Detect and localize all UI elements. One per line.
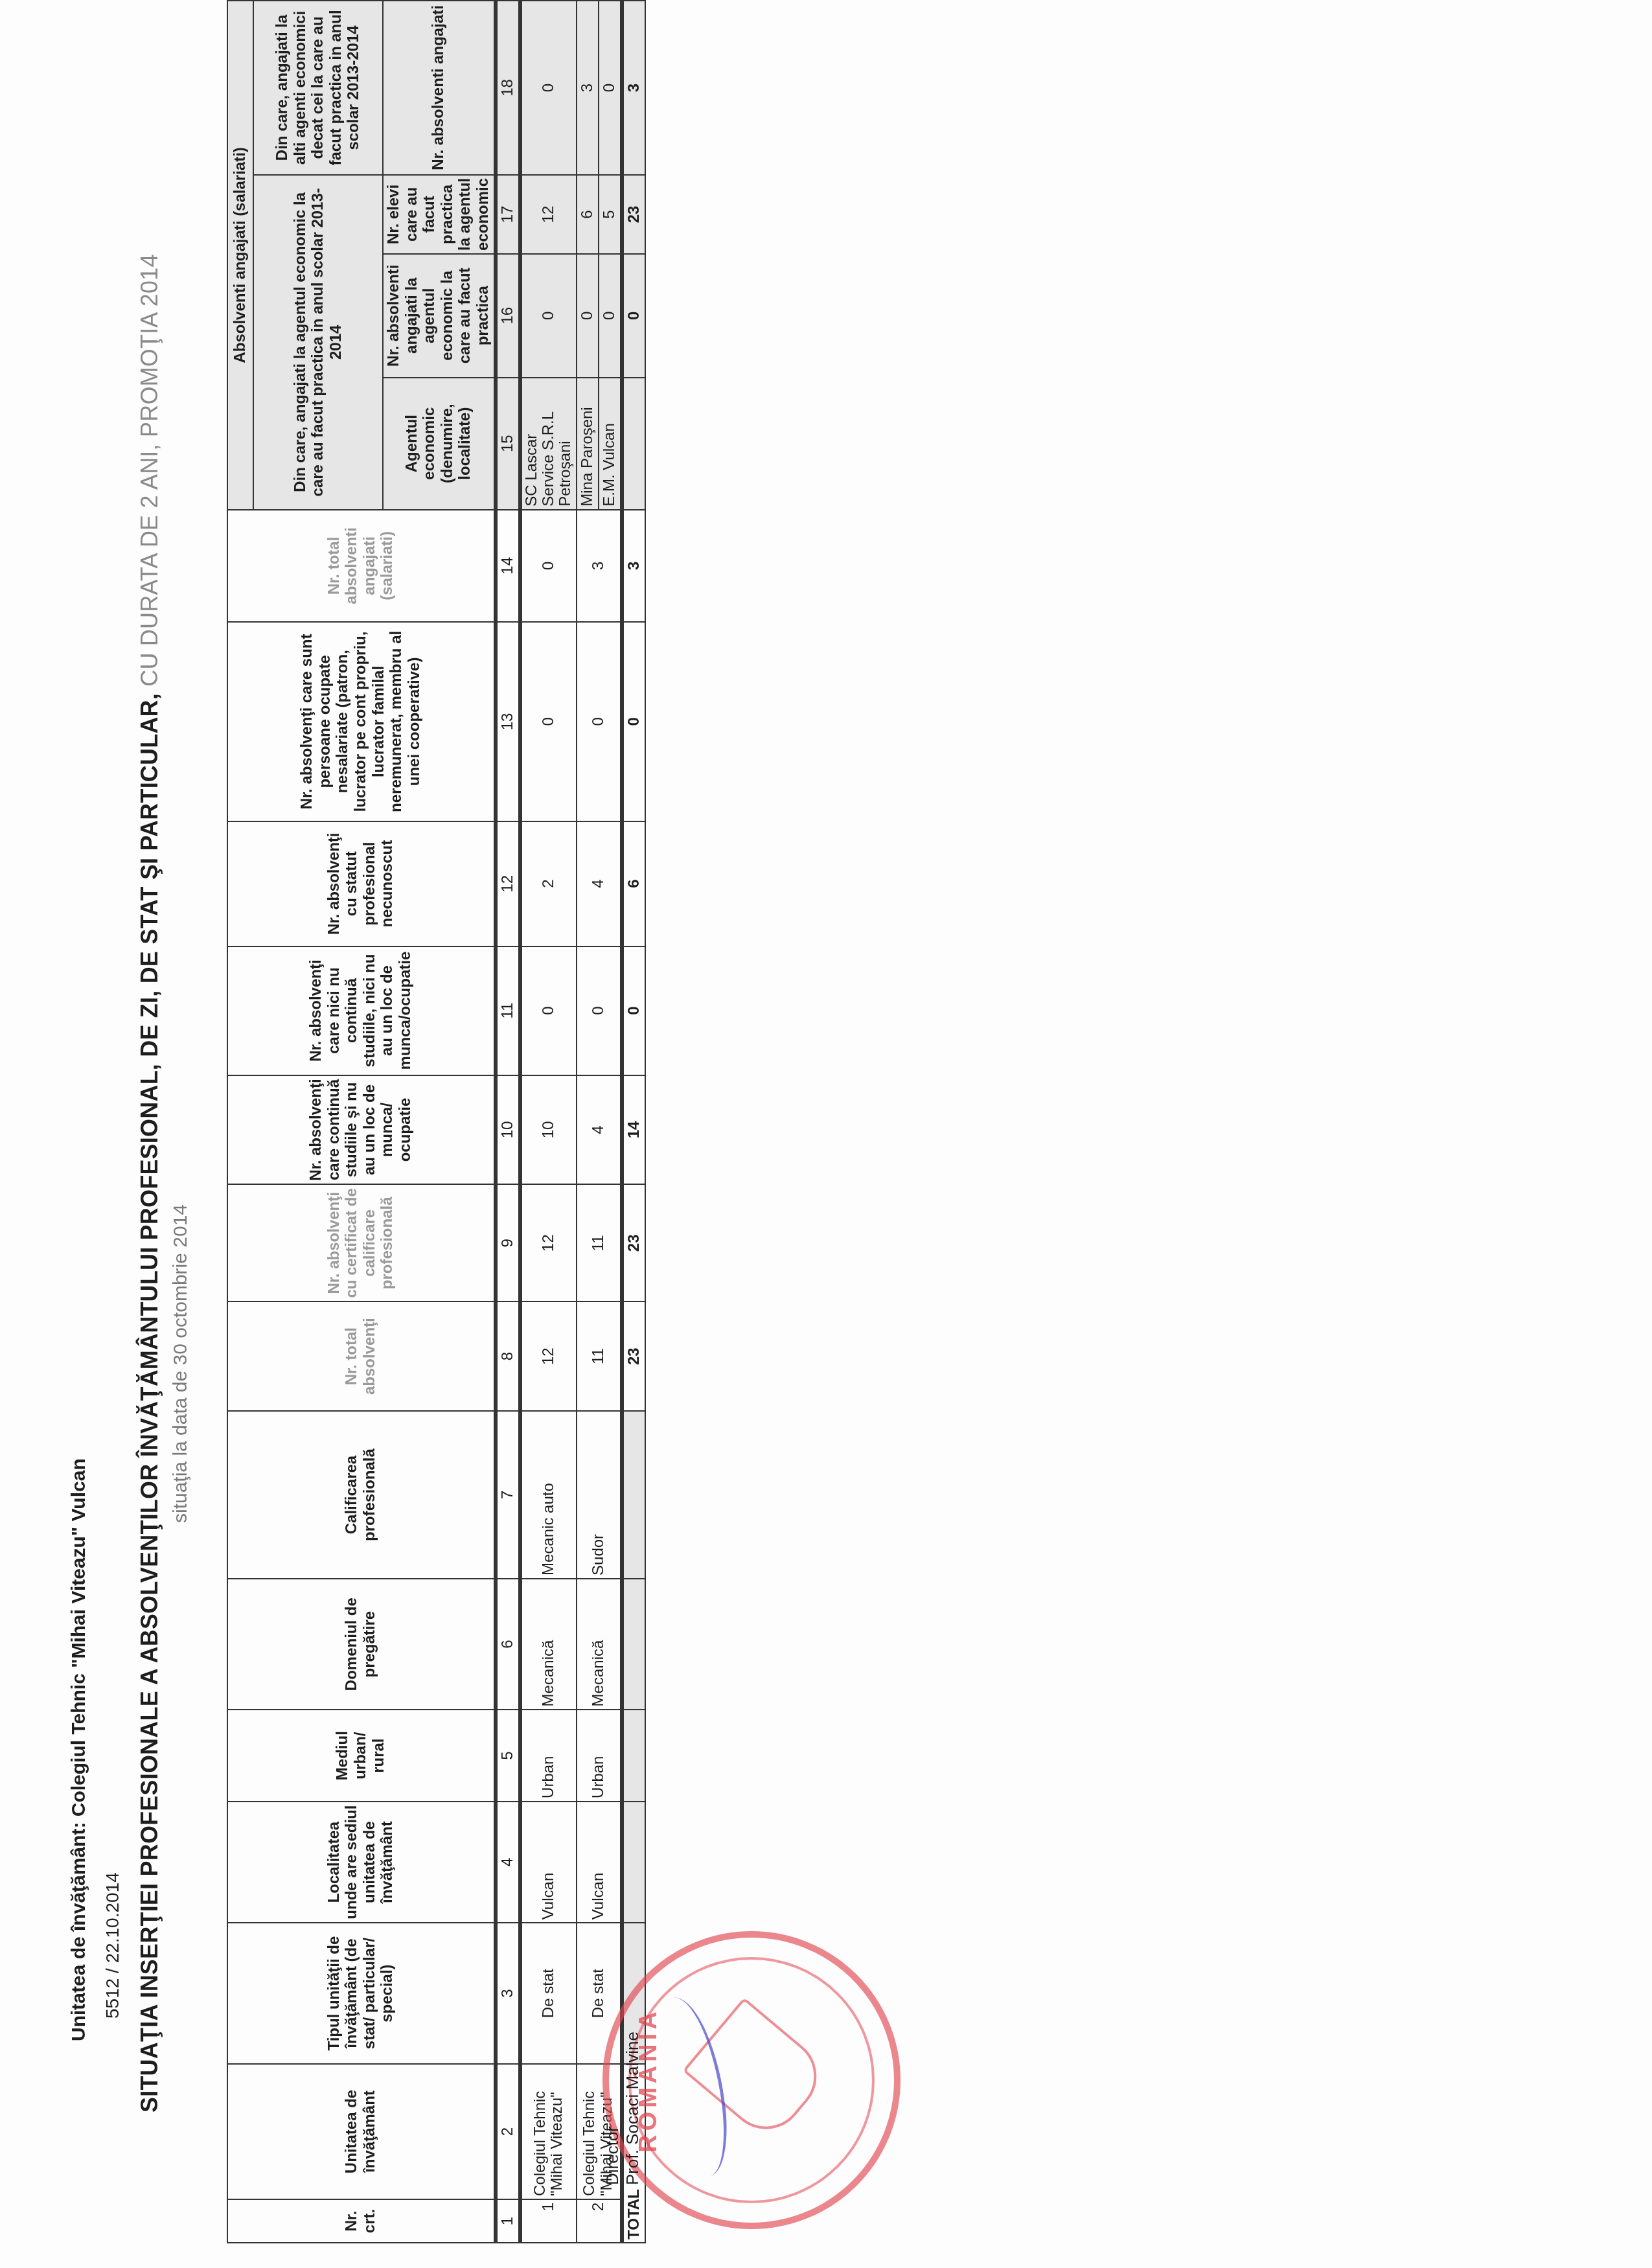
col-header-6: Domeniul de pregătire	[227, 1579, 496, 1710]
row-env: Urban	[577, 1710, 622, 1802]
row-env: Urban	[520, 1710, 577, 1802]
subgroup-header-other-agents: Din care, angajati la alti agenti econom…	[253, 1, 383, 175]
row-type: De stat	[520, 1923, 577, 2064]
col-header-12: Nr. absolvenţi cu statut profesional nec…	[227, 821, 496, 946]
total-unknown: 6	[622, 821, 645, 946]
col-num-6: 6	[496, 1579, 520, 1710]
subgroup-header-practice-agent: Din care, angajati la agentul economic l…	[253, 175, 383, 510]
unit-line: Unitatea de învăţământ: Colegiul Tehnic …	[68, 1458, 90, 2041]
col-num-16: 16	[496, 254, 520, 378]
row-agent-employed: 0	[599, 254, 622, 378]
total-continue-studies: 14	[622, 1075, 645, 1185]
total-self-employed: 0	[622, 622, 645, 821]
registration-number: 5512 / 22.10.2014	[102, 1872, 123, 2019]
row-agent-name: SC Lascar Service S.R.L Petroşani	[520, 378, 577, 510]
row-domain: Mecanică	[577, 1579, 622, 1710]
row-self-employed: 0	[520, 622, 577, 821]
col-num-3: 3	[496, 1923, 520, 2064]
col-num-5: 5	[496, 1710, 520, 1802]
total-empty	[622, 1802, 645, 1923]
col-num-11: 11	[496, 946, 520, 1075]
col-header-8: Nr. total absolvenţi	[227, 1301, 496, 1411]
official-stamp: ROMÂNIA	[602, 1931, 901, 2229]
total-empty	[622, 378, 645, 510]
row-agent-employed: 0	[577, 254, 599, 378]
col-num-4: 4	[496, 1802, 520, 1923]
total-certified: 23	[622, 1184, 645, 1301]
col-header-11: Nr. absolvenţi care nici nu continuă stu…	[227, 946, 496, 1075]
row-other-employed: 0	[520, 1, 577, 175]
signature-role: Director	[602, 2032, 623, 2185]
total-empty	[622, 1579, 645, 1710]
row-agent-students: 5	[599, 175, 622, 254]
col-num-13: 13	[496, 622, 520, 821]
row-locality: Vulcan	[577, 1802, 622, 1923]
col-header-4: Localitatea unde are sediul unitatea de …	[227, 1802, 496, 1923]
document-subtitle: situaţia la data de 30 octombrie 2014	[170, 1204, 192, 1523]
col-num-1: 1	[496, 2199, 520, 2243]
col-num-9: 9	[496, 1184, 520, 1301]
row-nr: 2	[577, 2199, 622, 2243]
row-nr: 1	[520, 2199, 577, 2243]
total-neither: 0	[622, 946, 645, 1075]
total-total: 23	[622, 1301, 645, 1411]
row-other-employed: 0	[599, 1, 622, 175]
signature-block: Director Prof. Socaci Malvine	[602, 2032, 643, 2185]
total-students: 23	[622, 175, 645, 254]
signature-name: Prof. Socaci Malvine	[623, 2032, 643, 2185]
row-domain: Mecanică	[520, 1579, 577, 1710]
row-agent-name: E.M. Vulcan	[599, 378, 622, 510]
table-row: 1 Colegiul Tehnic "Mihai Viteazu" De sta…	[520, 1, 577, 2243]
total-other-employed: 3	[622, 1, 645, 175]
row-qualification: Mecanic auto	[520, 1411, 577, 1579]
total-employed-total: 3	[622, 510, 645, 622]
row-neither: 0	[577, 946, 622, 1075]
row-total: 12	[520, 1301, 577, 1411]
col-num-8: 8	[496, 1301, 520, 1411]
row-unknown: 2	[520, 821, 577, 946]
insertion-table: Nr. crt. Unitatea de învăţământ Tipul un…	[227, 0, 646, 2243]
document-title: SITUAŢIA INSERŢIEI PROFESIONALE A ABSOLV…	[136, 254, 163, 2113]
col-header-9: Nr. absolvenţi cu certificat de califica…	[227, 1184, 496, 1301]
col-header-3: Tipul unităţii de învăţământ (de stat/ p…	[227, 1923, 496, 2064]
total-row: TOTAL 23 23 14 0 6 0 3 0 23 3	[622, 1, 645, 2243]
col-num-14: 14	[496, 510, 520, 622]
col-num-7: 7	[496, 1411, 520, 1579]
row-neither: 0	[520, 946, 577, 1075]
row-certified: 11	[577, 1184, 622, 1301]
col-header-14: Nr. total absolventi angajati (salariati…	[227, 510, 496, 622]
group-header-employed: Absolventi angajati (salariati)	[227, 1, 253, 510]
col-num-12: 12	[496, 821, 520, 946]
row-employed-total: 0	[520, 510, 577, 622]
row-unit: Colegiul Tehnic "Mihai Viteazu"	[520, 2064, 577, 2199]
row-agent-students: 6	[577, 175, 599, 254]
document-page: Unitatea de învăţământ: Colegiul Tehnic …	[0, 0, 1652, 2268]
title-suffix: CU DURATA DE 2 ANI, PROMOŢIA 2014	[136, 254, 163, 693]
col-header-7: Calificarea profesională	[227, 1411, 496, 1579]
row-agent-employed: 0	[520, 254, 577, 378]
row-other-employed: 3	[577, 1, 599, 175]
col-num-17: 17	[496, 175, 520, 254]
row-self-employed: 0	[577, 622, 622, 821]
total-empty	[622, 1411, 645, 1579]
total-employed-at-practice: 0	[622, 254, 645, 378]
col-header-18: Nr. absolventi angajati	[383, 1, 496, 175]
row-total: 11	[577, 1301, 622, 1411]
row-continue-studies: 4	[577, 1075, 622, 1185]
row-unknown: 4	[577, 821, 622, 946]
col-num-2: 2	[496, 2064, 520, 2199]
col-header-2: Unitatea de învăţământ	[227, 2064, 496, 2199]
col-num-10: 10	[496, 1075, 520, 1185]
col-header-1: Nr. crt.	[227, 2199, 496, 2243]
table-row: 2 Colegiul Tehnic "Mihai Viteazu" De sta…	[577, 1, 599, 2243]
row-certified: 12	[520, 1184, 577, 1301]
col-header-5: Mediul urban/ rural	[227, 1710, 496, 1802]
row-qualification: Sudor	[577, 1411, 622, 1579]
col-header-15: Agentul economic (denumire, localitate)	[383, 378, 496, 510]
row-locality: Vulcan	[520, 1802, 577, 1923]
row-continue-studies: 10	[520, 1075, 577, 1185]
col-header-10: Nr. absolvenţi care continuă studiile şi…	[227, 1075, 496, 1185]
total-empty	[622, 1710, 645, 1802]
col-header-13: Nr. absolvenţi care sunt persoane ocupat…	[227, 622, 496, 821]
col-num-15: 15	[496, 378, 520, 510]
row-agent-students: 12	[520, 175, 577, 254]
col-header-17: Nr. elevi care au facut practica la agen…	[383, 175, 496, 254]
col-num-18: 18	[496, 1, 520, 175]
row-employed-total: 3	[577, 510, 622, 622]
col-header-16: Nr. absolventi angajati la agentul econo…	[383, 254, 496, 378]
title-main: SITUAŢIA INSERŢIEI PROFESIONALE A ABSOLV…	[136, 693, 163, 2113]
row-agent-name: Mina Paroşeni	[577, 378, 599, 510]
